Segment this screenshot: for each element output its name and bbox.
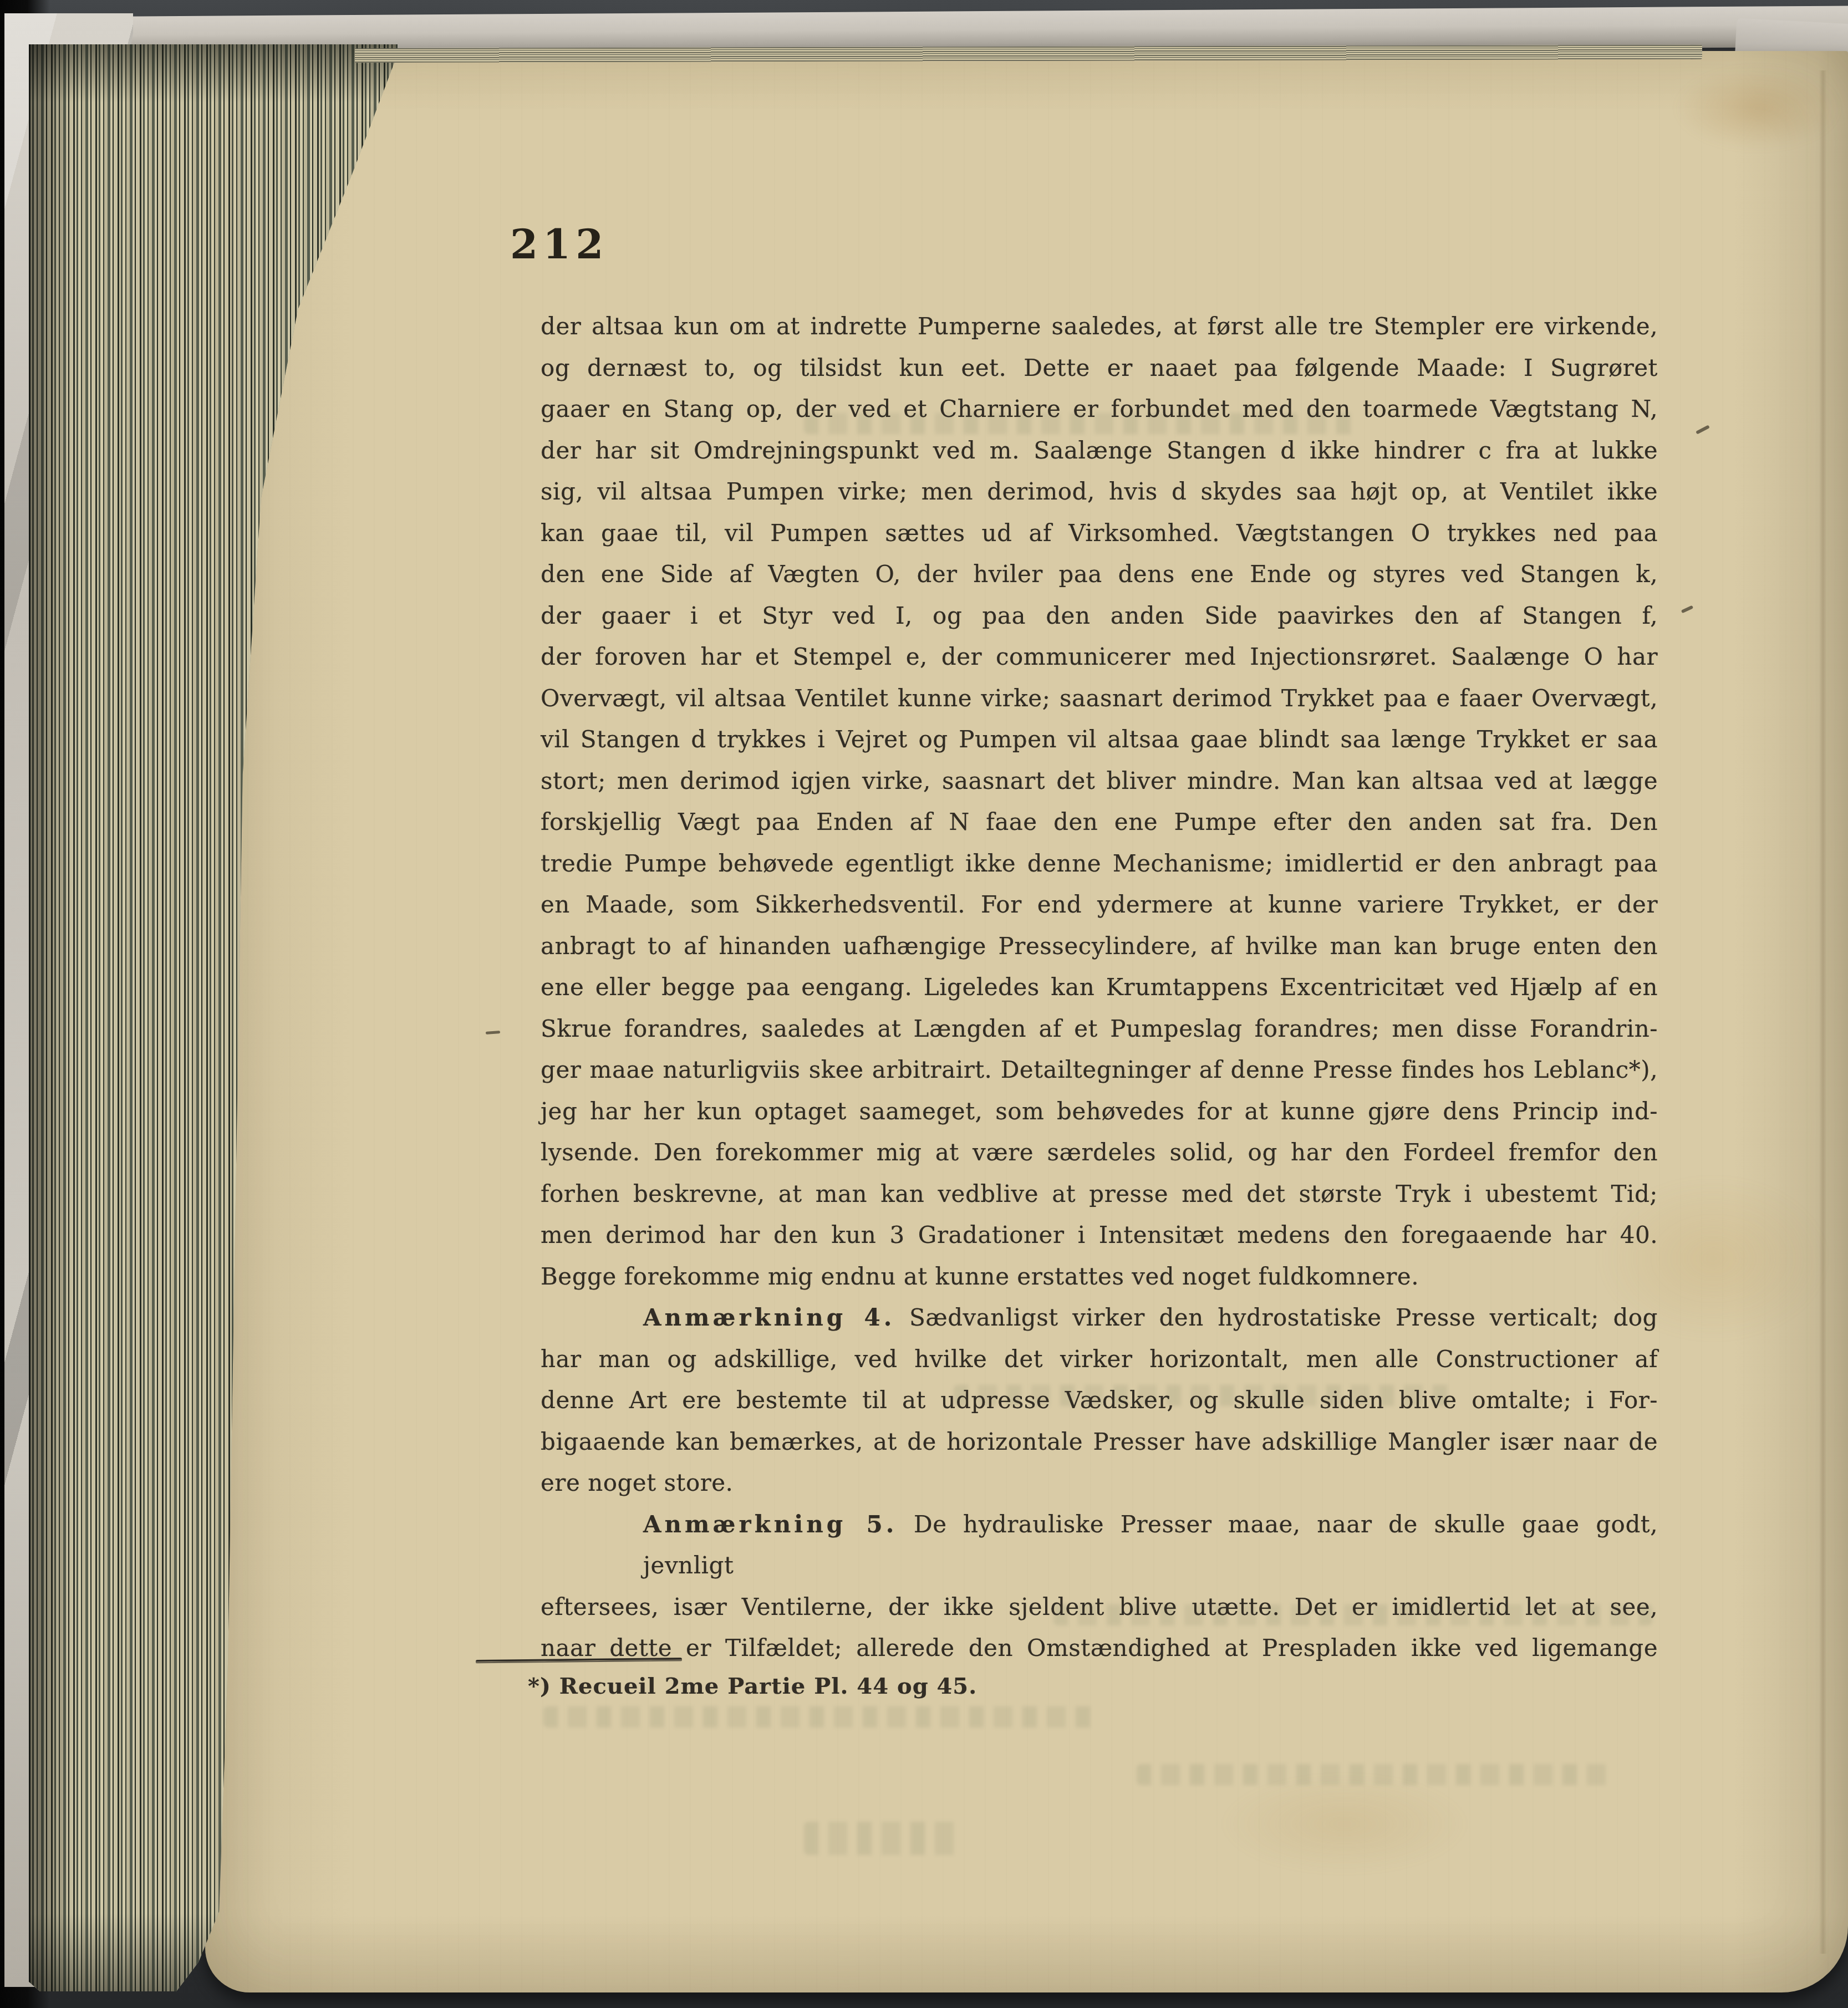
paper-stain (1220, 1774, 1469, 1874)
text-line: der foroven har et Stempel e, der commun… (541, 636, 1658, 678)
text-line: denne Art ere bestemte til at udpresse V… (541, 1380, 1658, 1421)
text-line: anbragt to af hinanden uafhængige Presse… (541, 926, 1658, 967)
text-line-remark-5: Anmærkning 5. De hydrauliske Presser maa… (541, 1504, 1658, 1587)
text-line: Begge forekomme mig endnu at kunne ersta… (541, 1256, 1658, 1298)
text-line: gaaer en Stang op, der ved et Charniere … (541, 389, 1658, 430)
text-line: der har sit Omdrejningspunkt ved m. Saal… (541, 430, 1658, 472)
text-line: Skrue forandres, saaledes at Længden af … (541, 1008, 1658, 1050)
text-line: jeg har her kun optaget saameget, som be… (541, 1091, 1658, 1133)
text-line: der altsaa kun om at indrette Pumperne s… (541, 306, 1658, 348)
text-line: der gaaer i et Styr ved I, og paa den an… (541, 595, 1658, 637)
paper-stain (1674, 67, 1841, 150)
text-line: forskjellig Vægt paa Enden af N faae den… (541, 802, 1658, 843)
text-line: ger maae naturligviis skee arbitrairt. D… (541, 1049, 1658, 1091)
text-line: og dernæst to, og tilsidst kun eet. Dett… (541, 348, 1658, 389)
ink-bleed-through (804, 1822, 959, 1855)
text-line: ere noget store. (541, 1462, 1658, 1504)
text-line: kan gaae til, vil Pumpen sættes ud af Vi… (541, 513, 1658, 554)
body-text: der altsaa kun om at indrette Pumperne s… (541, 306, 1658, 1669)
text-line: en Maade, som Sikkerhedsventil. For end … (541, 884, 1658, 926)
text-line: forhen beskrevne, at man kan vedblive at… (541, 1174, 1658, 1215)
text-line: eftersees, især Ventilerne, der ikke sje… (541, 1587, 1658, 1628)
remark-label: Anmærkning 5. (643, 1511, 897, 1538)
text-line: vil Stangen d trykkes i Vejret og Pumpen… (541, 719, 1658, 761)
text-line: har man og adskillige, ved hvilke det vi… (541, 1339, 1658, 1380)
ink-bleed-through (1137, 1764, 1608, 1785)
text-line: sig, vil altsaa Pumpen virke; men derimo… (541, 471, 1658, 513)
page-number: 212 (510, 221, 608, 268)
text-line: naar dette er Tilfældet; allerede den Om… (541, 1628, 1658, 1669)
text-line: stort; men derimod igjen virke, saasnart… (541, 761, 1658, 802)
text-line-remark-4: Anmærkning 4. Sædvanligst virker den hyd… (541, 1297, 1658, 1339)
text-line: tredie Pumpe behøvede egentligt ikke den… (541, 843, 1658, 885)
footnote: *) Recueil 2me Partie Pl. 44 og 45. (528, 1673, 1027, 1699)
book-scan-photo: 212 der altsaa kun om at indrette Pumper… (0, 0, 1848, 2008)
text-line: lysende. Den forekommer mig at være særd… (541, 1132, 1658, 1174)
text-line: men derimod har den kun 3 Gradationer i … (541, 1215, 1658, 1256)
remark-label: Anmærkning 4. (643, 1304, 895, 1331)
page-crease (1819, 70, 1827, 1954)
text-line: ene eller begge paa eengang. Ligeledes k… (541, 967, 1658, 1008)
text-line: den ene Side af Vægten O, der hviler paa… (541, 554, 1658, 595)
text-line: Overvægt, vil altsaa Ventilet kunne virk… (541, 678, 1658, 720)
ink-bleed-through (543, 1706, 1098, 1727)
text-line: bigaaende kan bemærkes, at de horizontal… (541, 1421, 1658, 1463)
